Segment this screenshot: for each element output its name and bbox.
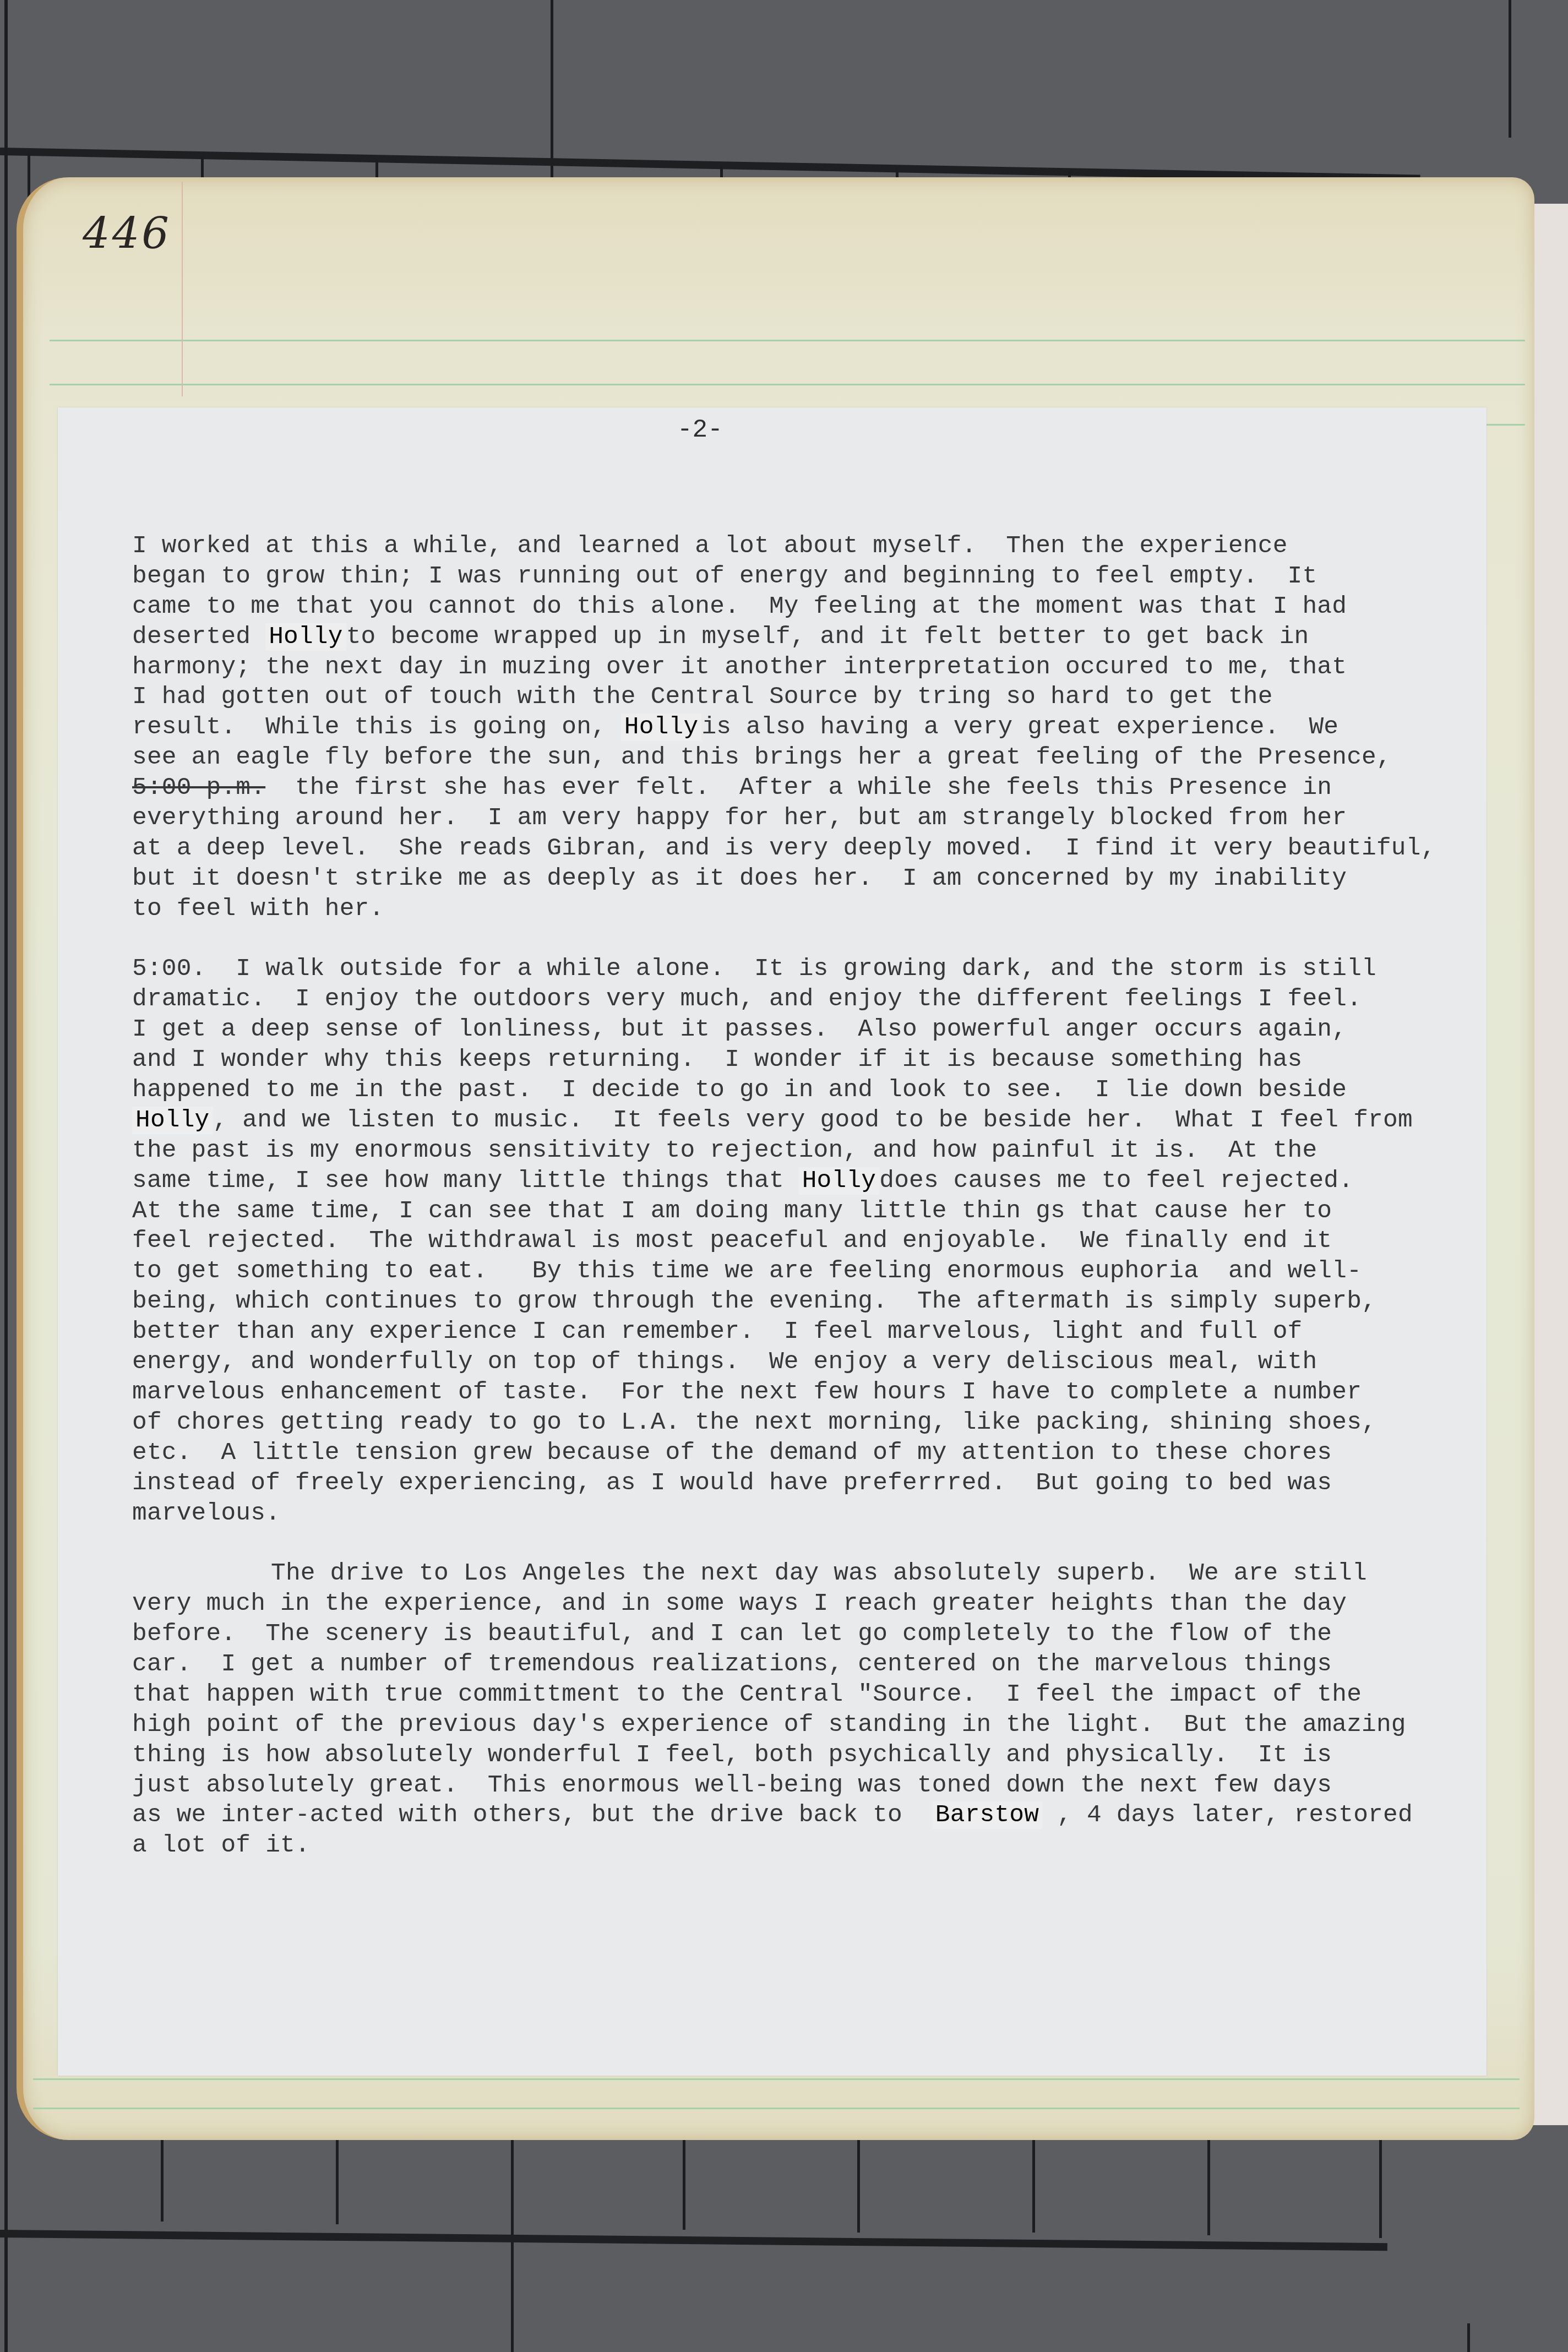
text-line: but it doesn't strike me as deeply as it… xyxy=(132,864,1436,894)
text-segment: very much in the experience, and in some… xyxy=(132,1590,1347,1618)
text-segment: and I wonder why this keeps returning. I… xyxy=(132,1046,1302,1074)
text-line: thing is how absolutely wonderful I feel… xyxy=(132,1740,1436,1771)
text-segment: is also having a very great experience. … xyxy=(701,714,1338,741)
text-line: see an eagle fly before the sun, and thi… xyxy=(132,743,1436,773)
text-line: 5:00. I walk outside for a while alone. … xyxy=(132,954,1436,984)
text-segment: came to me that you cannot do this alone… xyxy=(132,593,1347,620)
text-line: before. The scenery is beautiful, and I … xyxy=(132,1619,1436,1649)
text-segment: , and we listen to music. It feels very … xyxy=(213,1107,1413,1134)
text-segment: as we inter-acted with others, but the d… xyxy=(132,1801,932,1829)
text-segment: before. The scenery is beautiful, and I … xyxy=(132,1620,1332,1648)
text-line: dramatic. I enjoy the outdoors very much… xyxy=(132,984,1436,1015)
text-segment: better than any experience I can remembe… xyxy=(132,1318,1302,1346)
text-line: result. While this is going on, Hollyis … xyxy=(132,712,1436,743)
text-line: marvelous. xyxy=(132,1499,1436,1529)
text-line: a lot of it. xyxy=(132,1831,1436,1861)
text-segment: a lot of it. xyxy=(132,1832,310,1859)
text-segment: happened to me in the past. I decide to … xyxy=(132,1076,1347,1104)
text-segment: same time, I see how many little things … xyxy=(132,1167,799,1195)
text-line: harmony; the next day in muzing over it … xyxy=(132,652,1436,683)
text-line: Holly, and we listen to music. It feels … xyxy=(132,1106,1436,1136)
text-segment: at a deep level. She reads Gibran, and i… xyxy=(132,835,1436,862)
text-segment: see an eagle fly before the sun, and thi… xyxy=(132,744,1391,771)
text-segment: result. While this is going on, xyxy=(132,714,621,741)
grid-bar xyxy=(0,2230,1387,2251)
text-line: that happen with true committment to the… xyxy=(132,1680,1436,1710)
text-segment: marvelous enhancement of taste. For the … xyxy=(132,1379,1362,1406)
text-line: at a deep level. She reads Gibran, and i… xyxy=(132,834,1436,864)
text-segment: 5:00. I walk outside for a while alone. … xyxy=(132,955,1376,983)
page-number: -2- xyxy=(677,416,723,444)
text-segment: I get a deep sense of lonliness, but it … xyxy=(132,1016,1347,1043)
handwritten-page-label: 446 xyxy=(83,209,171,259)
redacted-name: Holly xyxy=(265,623,346,651)
text-line: 5:00 p.m. the first she has ever felt. A… xyxy=(132,773,1436,803)
text-segment: to feel with her. xyxy=(132,895,384,923)
text-segment: the past is my enormous sensitivity to r… xyxy=(132,1137,1317,1164)
text-segment: The drive to Los Angeles the next day wa… xyxy=(271,1560,1367,1587)
ruled-line xyxy=(1487,424,1525,426)
text-line: just absolutely great. This enormous wel… xyxy=(132,1771,1436,1801)
text-segment: the first she has ever felt. After a whi… xyxy=(265,774,1332,802)
text-segment: high point of the previous day's experie… xyxy=(132,1711,1406,1739)
grid-tick xyxy=(1467,2323,1470,2352)
text-segment: does causes me to feel rejected. xyxy=(879,1167,1353,1195)
text-segment: but it doesn't strike me as deeply as it… xyxy=(132,865,1347,892)
paragraph: The drive to Los Angeles the next day wa… xyxy=(132,1559,1436,1861)
redacted-name: Barstow xyxy=(932,1801,1042,1829)
grid-tick xyxy=(1379,2131,1382,2238)
paragraph: I worked at this a while, and learned a … xyxy=(132,531,1436,924)
text-segment: energy, and wonderfully on top of things… xyxy=(132,1348,1317,1376)
text-segment: thing is how absolutely wonderful I feel… xyxy=(132,1741,1332,1769)
text-line: deserted Hollyto become wrapped up in my… xyxy=(132,622,1436,652)
text-segment: being, which continues to grow through t… xyxy=(132,1288,1376,1315)
redacted-name: Holly xyxy=(132,1107,213,1134)
text-segment: etc. A little tension grew because of th… xyxy=(132,1439,1332,1467)
text-line: At the same time, I can see that I am do… xyxy=(132,1196,1436,1227)
text-line: marvelous enhancement of taste. For the … xyxy=(132,1378,1436,1408)
text-segment: feel rejected. The withdrawal is most pe… xyxy=(132,1227,1332,1255)
text-segment: marvelous. xyxy=(132,1500,280,1527)
text-line: as we inter-acted with others, but the d… xyxy=(132,1800,1436,1831)
grid-line xyxy=(4,0,8,2352)
text-line: feel rejected. The withdrawal is most pe… xyxy=(132,1226,1436,1256)
text-segment: harmony; the next day in muzing over it … xyxy=(132,654,1347,681)
document-body: I worked at this a while, and learned a … xyxy=(132,531,1436,1861)
redacted-name: Holly xyxy=(621,714,702,741)
text-line: The drive to Los Angeles the next day wa… xyxy=(132,1559,1436,1589)
grid-tick xyxy=(683,2131,685,2230)
text-line: to get something to eat. By this time we… xyxy=(132,1256,1436,1287)
text-line: I worked at this a while, and learned a … xyxy=(132,531,1436,562)
text-line: I get a deep sense of lonliness, but it … xyxy=(132,1015,1436,1045)
text-line: energy, and wonderfully on top of things… xyxy=(132,1347,1436,1378)
text-line: came to me that you cannot do this alone… xyxy=(132,592,1436,622)
text-line: I had gotten out of touch with the Centr… xyxy=(132,682,1436,712)
text-line: very much in the experience, and in some… xyxy=(132,1589,1436,1619)
paragraph: 5:00. I walk outside for a while alone. … xyxy=(132,954,1436,1528)
text-segment: began to grow thin; I was running out of… xyxy=(132,563,1317,590)
grid-tick xyxy=(1207,2131,1210,2235)
text-line: better than any experience I can remembe… xyxy=(132,1317,1436,1347)
text-line: high point of the previous day's experie… xyxy=(132,1710,1436,1740)
text-line: car. I get a number of tremendous realiz… xyxy=(132,1649,1436,1680)
text-segment: just absolutely great. This enormous wel… xyxy=(132,1772,1332,1799)
grid-line xyxy=(551,0,553,182)
text-line: everything around her. I am very happy f… xyxy=(132,803,1436,834)
text-line: etc. A little tension grew because of th… xyxy=(132,1438,1436,1468)
text-line: being, which continues to grow through t… xyxy=(132,1287,1436,1317)
text-segment: At the same time, I can see that I am do… xyxy=(132,1197,1332,1225)
ruled-line xyxy=(50,340,1525,341)
redacted-name: Holly xyxy=(799,1167,880,1195)
text-segment: deserted xyxy=(132,623,265,651)
grid-line xyxy=(1509,0,1511,138)
margin-line xyxy=(182,182,183,396)
text-line: to feel with her. xyxy=(132,894,1436,924)
ruled-line xyxy=(50,384,1525,385)
text-segment: I worked at this a while, and learned a … xyxy=(132,532,1288,560)
text-segment: everything around her. I am very happy f… xyxy=(132,804,1347,832)
text-segment: of chores getting ready to go to L.A. th… xyxy=(132,1409,1376,1436)
text-segment: , 4 days later, restored xyxy=(1042,1801,1413,1829)
grid-tick xyxy=(1032,2131,1035,2233)
ruled-line xyxy=(33,2078,1520,2080)
text-line: instead of freely experiencing, as I wou… xyxy=(132,1468,1436,1499)
text-segment: instead of freely experiencing, as I wou… xyxy=(132,1469,1332,1497)
grid-tick xyxy=(857,2131,860,2233)
text-line: the past is my enormous sensitivity to r… xyxy=(132,1136,1436,1166)
text-segment: car. I get a number of tremendous realiz… xyxy=(132,1651,1332,1678)
text-line: and I wonder why this keeps returning. I… xyxy=(132,1045,1436,1075)
ruled-line xyxy=(33,2108,1520,2109)
text-line: happened to me in the past. I decide to … xyxy=(132,1075,1436,1106)
text-segment: to get something to eat. By this time we… xyxy=(132,1257,1362,1285)
text-line: began to grow thin; I was running out of… xyxy=(132,562,1436,592)
struck-text: 5:00 p.m. xyxy=(132,774,265,802)
text-line: of chores getting ready to go to L.A. th… xyxy=(132,1408,1436,1438)
text-segment: that happen with true committment to the… xyxy=(132,1681,1362,1708)
text-segment: dramatic. I enjoy the outdoors very much… xyxy=(132,986,1362,1013)
text-segment: I had gotten out of touch with the Centr… xyxy=(132,683,1273,711)
grid-tick xyxy=(161,2131,164,2222)
grid-tick xyxy=(336,2131,339,2224)
text-line: same time, I see how many little things … xyxy=(132,1166,1436,1196)
text-segment: to become wrapped up in myself, and it f… xyxy=(346,623,1309,651)
